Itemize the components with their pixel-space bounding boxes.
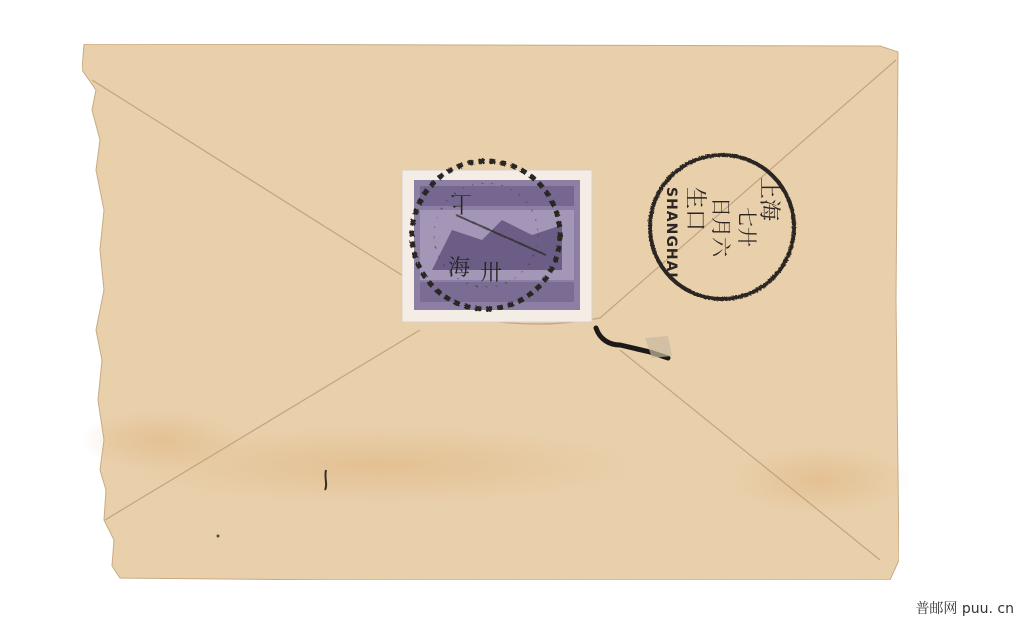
svg-text:七廾: 七廾 <box>735 207 759 247</box>
envelope-svg: 上 海 卅 SHANGHAI 生口 日月六 七廾 上海 <box>0 0 1024 624</box>
envelope-photo: 上 海 卅 SHANGHAI 生口 日月六 七廾 上海 普邮网 puu. cn <box>0 0 1024 624</box>
watermark: 普邮网 puu. cn <box>915 598 1014 618</box>
postmark-left-char-3: 卅 <box>480 261 502 286</box>
svg-text:日月六: 日月六 <box>709 197 733 258</box>
svg-text:SHANGHAI: SHANGHAI <box>663 187 679 279</box>
svg-text:生口: 生口 <box>682 187 707 231</box>
stamp <box>402 170 592 322</box>
postmark-left-char-1: 上 <box>450 190 472 215</box>
postmark-left-char-2: 海 <box>448 256 470 281</box>
svg-text:上海: 上海 <box>756 177 781 221</box>
